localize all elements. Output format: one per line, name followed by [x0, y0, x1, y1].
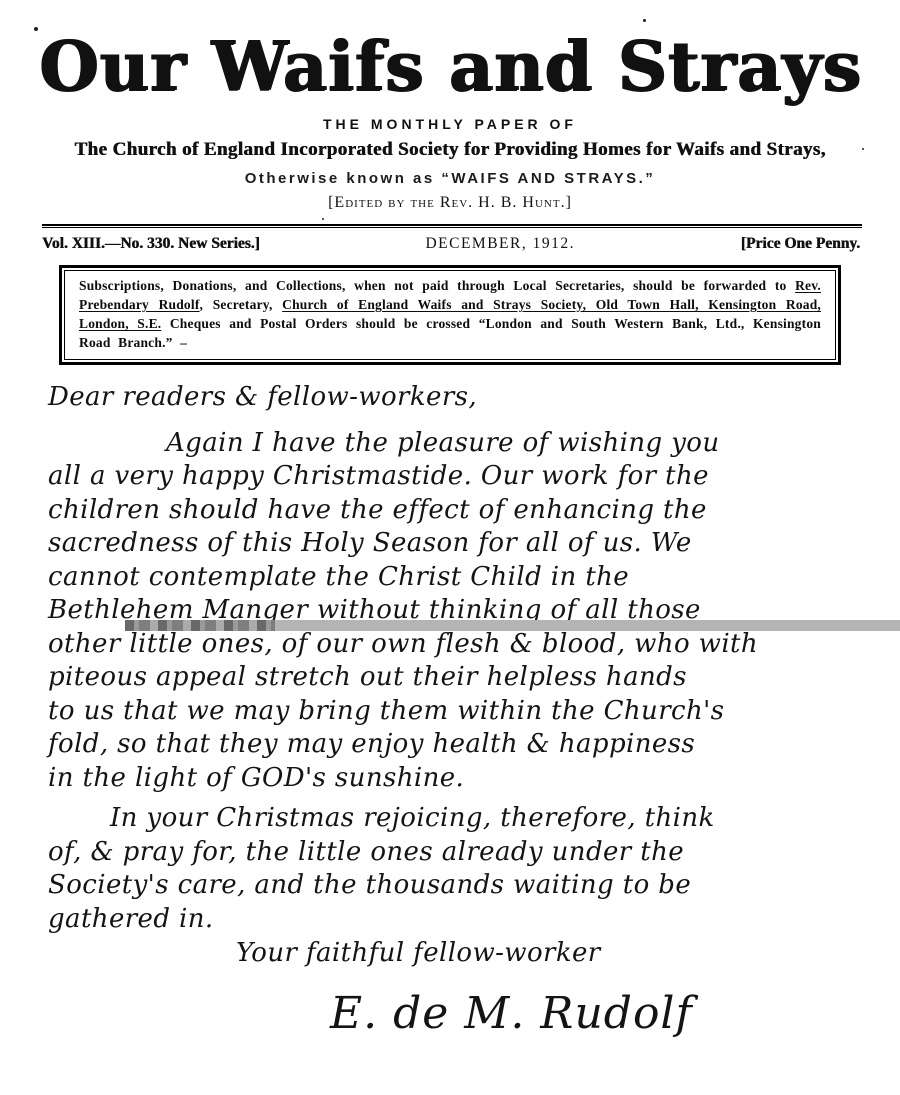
horizontal-rule: [42, 224, 862, 229]
letter-line: to us that we may bring them within the …: [48, 695, 848, 729]
aka-line: Otherwise known as “WAIFS AND STRAYS.”: [0, 170, 900, 187]
monthly-paper-line: THE MONTHLY PAPER OF: [0, 116, 900, 132]
letter-line: Again I have the pleasure of wishing you: [48, 427, 848, 461]
letter-line: cannot contemplate the Christ Child in t…: [48, 561, 848, 595]
letter-line: piteous appeal stretch out their helples…: [48, 661, 848, 695]
subscription-notice-box: Subscriptions, Donations, and Collection…: [59, 265, 841, 365]
issue-date: DECEMBER, 1912.: [425, 235, 575, 253]
scan-artifact-stripe: [125, 620, 900, 631]
price: [Price One Penny.: [741, 235, 860, 253]
society-name-line: The Church of England Incorporated Socie…: [0, 139, 900, 161]
letter-line: all a very happy Christmastide. Our work…: [48, 460, 848, 494]
letter-line: fold, so that they may enjoy health & ha…: [48, 728, 848, 762]
subscription-notice-inner-border: Subscriptions, Donations, and Collection…: [64, 270, 836, 360]
scan-speck: [643, 19, 646, 22]
volume-number: Vol. XIII.—No. 330. New Series.]: [42, 235, 260, 253]
scan-speck: [862, 148, 864, 150]
letter-line: gathered in.: [48, 903, 848, 937]
signature: E. de M. Rudolf: [48, 985, 848, 1043]
subscription-notice-text: Subscriptions, Donations, and Collection…: [79, 276, 821, 352]
letter-salutation: Dear readers & fellow-workers,: [48, 381, 848, 415]
scan-speck: [34, 27, 38, 31]
letter-line: Society's care, and the thousands waitin…: [48, 869, 848, 903]
editor-line: [Edited by the Rev. H. B. Hunt.]: [0, 194, 900, 212]
handwritten-letter: Dear readers & fellow-workers, Again I h…: [0, 381, 900, 1043]
letter-line: In your Christmas rejoicing, therefore, …: [48, 802, 848, 836]
scan-speck: [322, 218, 324, 220]
letter-line: other little ones, of our own flesh & bl…: [48, 628, 848, 662]
letter-line: children should have the effect of enhan…: [48, 494, 848, 528]
letter-line: in the light of GOD's sunshine.: [48, 762, 848, 796]
scanned-document-page: Our Waifs and Strays THE MONTHLY PAPER O…: [0, 0, 900, 1095]
letter-line: of, & pray for, the little ones already …: [48, 836, 848, 870]
letter-closing: Your faithful fellow-worker: [48, 937, 848, 973]
letter-line: sacredness of this Holy Season for all o…: [48, 527, 848, 561]
masthead-title: Our Waifs and Strays: [0, 30, 900, 104]
issue-bar: Vol. XIII.—No. 330. New Series.] DECEMBE…: [0, 233, 900, 253]
